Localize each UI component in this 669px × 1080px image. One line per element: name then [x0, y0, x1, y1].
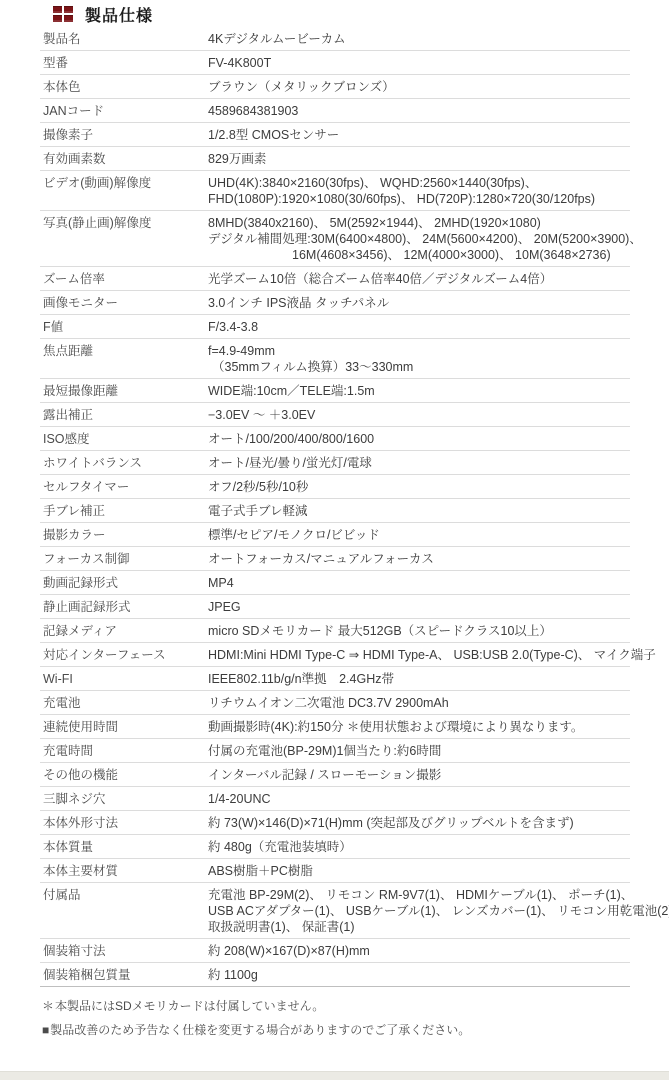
- spec-value: オートフォーカス/マニュアルフォーカス: [208, 551, 630, 567]
- spec-value: 付属の充電池(BP-29M)1個当たり:約6時間: [208, 743, 630, 759]
- spec-value: 8MHD(3840x2160)、 5M(2592×1944)、 2MHD(192…: [208, 215, 642, 263]
- table-row: 製品名 4Kデジタルムービーカム: [40, 27, 630, 51]
- table-row: ホワイトバランス オート/昼光/曇り/蛍光灯/電球: [40, 451, 630, 475]
- spec-value: WIDE端:10cm／TELE端:1.5m: [208, 383, 630, 399]
- table-row: 撮像素子 1/2.8型 CMOSセンサー: [40, 123, 630, 147]
- spec-value: 約 208(W)×167(D)×87(H)mm: [208, 943, 630, 959]
- spec-value-line: 付属の充電池(BP-29M)1個当たり:約6時間: [208, 743, 630, 759]
- footnote-text: 本製品にはSDメモリカードは付属していません。: [55, 999, 324, 1013]
- spec-value: 標準/セピア/モノクロ/ビビッド: [208, 527, 630, 543]
- table-row: 露出補正 −3.0EV ～ ＋3.0EV: [40, 403, 630, 427]
- spec-value-line: 829万画素: [208, 151, 630, 167]
- spec-value-line: F/3.4-3.8: [208, 319, 630, 335]
- spec-value-line: 3.0インチ IPS液晶 タッチパネル: [208, 295, 630, 311]
- spec-label: 対応インターフェース: [40, 647, 208, 663]
- spec-label: 付属品: [40, 887, 208, 903]
- spec-value: ブラウン（メタリックブロンズ）: [208, 79, 630, 95]
- spec-value: 約 480g（充電池装填時）: [208, 839, 630, 855]
- page-title: 製品仕様: [85, 3, 153, 26]
- spec-value-line: 4Kデジタルムービーカム: [208, 31, 630, 47]
- spec-value: HDMI:Mini HDMI Type-C ⇒ HDMI Type-A、 USB…: [208, 647, 656, 663]
- spec-value-line: 8MHD(3840x2160)、 5M(2592×1944)、 2MHD(192…: [208, 215, 642, 231]
- spec-value: 動画撮影時(4K):約150分 ＊使用状態および環境により異なります。: [208, 719, 630, 735]
- spec-value: ABS樹脂＋PC樹脂: [208, 863, 630, 879]
- spec-value-line: f=4.9-49mm: [208, 343, 630, 359]
- spec-label: 充電池: [40, 695, 208, 711]
- spec-value: f=4.9-49mm（35mmフィルム換算）33～330mm: [208, 343, 630, 375]
- table-row: 三脚ネジ穴 1/4-20UNC: [40, 787, 630, 811]
- table-row: 型番 FV-4K800T: [40, 51, 630, 75]
- spec-value-line: 取扱説明書(1)、 保証書(1): [208, 919, 669, 935]
- spec-label: F値: [40, 319, 208, 335]
- spec-label: 有効画素数: [40, 151, 208, 167]
- spec-value-line: 1/2.8型 CMOSセンサー: [208, 127, 630, 143]
- spec-value-line: USB ACアダプター(1)、 USBケーブル(1)、 レンズカバー(1)、 リ…: [208, 903, 669, 919]
- spec-value-line: オート/100/200/400/800/1600: [208, 431, 630, 447]
- spec-label: 画像モニター: [40, 295, 208, 311]
- spec-value: 1/4-20UNC: [208, 791, 630, 807]
- table-row: 有効画素数 829万画素: [40, 147, 630, 171]
- spec-value: FV-4K800T: [208, 55, 630, 71]
- spec-value-line: FV-4K800T: [208, 55, 630, 71]
- spec-label: 本体色: [40, 79, 208, 95]
- spec-value: 電子式手ブレ軽減: [208, 503, 630, 519]
- spec-value-line: −3.0EV ～ ＋3.0EV: [208, 407, 630, 423]
- spec-value: F/3.4-3.8: [208, 319, 630, 335]
- spec-value-line: HDMI:Mini HDMI Type-C ⇒ HDMI Type-A、 USB…: [208, 647, 656, 663]
- spec-label: ズーム倍率: [40, 271, 208, 287]
- footer-band: [0, 1071, 669, 1080]
- table-row: 本体色 ブラウン（メタリックブロンズ）: [40, 75, 630, 99]
- spec-value-line: （35mmフィルム換算）33～330mm: [208, 359, 630, 375]
- spec-value-line: JPEG: [208, 599, 630, 615]
- spec-label: 本体質量: [40, 839, 208, 855]
- spec-label: 動画記録形式: [40, 575, 208, 591]
- spec-value-line: WIDE端:10cm／TELE端:1.5m: [208, 383, 630, 399]
- footnote-text: 製品改善のため予告なく仕様を変更する場合がありますのでご了承ください。: [50, 1023, 470, 1037]
- spec-label: 焦点距離: [40, 343, 208, 359]
- table-row: 写真(静止画)解像度 8MHD(3840x2160)、 5M(2592×1944…: [40, 211, 630, 267]
- grid-squares-icon: [53, 6, 73, 22]
- table-row: フォーカス制御 オートフォーカス/マニュアルフォーカス: [40, 547, 630, 571]
- footnotes: ＊本製品にはSDメモリカードは付属していません。 ■製品改善のため予告なく仕様を…: [40, 999, 630, 1038]
- spec-value: 3.0インチ IPS液晶 タッチパネル: [208, 295, 630, 311]
- spec-value: インターバル記録 / スローモーション撮影: [208, 767, 630, 783]
- spec-value-line: 約 480g（充電池装填時）: [208, 839, 630, 855]
- spec-value: JPEG: [208, 599, 630, 615]
- table-row: JANコード 4589684381903: [40, 99, 630, 123]
- spec-value-line: 約 208(W)×167(D)×87(H)mm: [208, 943, 630, 959]
- spec-value-line: リチウムイオン二次電池 DC3.7V 2900mAh: [208, 695, 630, 711]
- product-spec-page: 製品仕様 製品名 4Kデジタルムービーカム 型番 FV-4K800T 本体色 ブ…: [0, 0, 669, 1080]
- footnote-item: ＊本製品にはSDメモリカードは付属していません。: [40, 999, 630, 1014]
- spec-value-line: ブラウン（メタリックブロンズ）: [208, 79, 630, 95]
- table-row: 記録メディア micro SDメモリカード 最大512GB（スピードクラス10以…: [40, 619, 630, 643]
- spec-label: ISO感度: [40, 431, 208, 447]
- spec-value-line: 電子式手ブレ軽減: [208, 503, 630, 519]
- table-row: 静止画記録形式 JPEG: [40, 595, 630, 619]
- spec-label: 連続使用時間: [40, 719, 208, 735]
- spec-label: 露出補正: [40, 407, 208, 423]
- table-row: 手ブレ補正 電子式手ブレ軽減: [40, 499, 630, 523]
- table-row: 本体主要材質 ABS樹脂＋PC樹脂: [40, 859, 630, 883]
- spec-value: 光学ズーム10倍（総合ズーム倍率40倍／デジタルズーム4倍）: [208, 271, 630, 287]
- spec-value-line: micro SDメモリカード 最大512GB（スピードクラス10以上）: [208, 623, 630, 639]
- spec-value: MP4: [208, 575, 630, 591]
- footnote-marker: ■: [42, 1023, 49, 1037]
- spec-label: 型番: [40, 55, 208, 71]
- spec-value: オフ/2秒/5秒/10秒: [208, 479, 630, 495]
- section-header: 製品仕様: [40, 3, 630, 25]
- spec-value-line: ABS樹脂＋PC樹脂: [208, 863, 630, 879]
- spec-value: IEEE802.11b/g/n準拠 2.4GHz帯: [208, 671, 630, 687]
- spec-value-line: 約 73(W)×146(D)×71(H)mm (突起部及びグリップベルトを含まず…: [208, 815, 630, 831]
- table-row: 最短撮像距離 WIDE端:10cm／TELE端:1.5m: [40, 379, 630, 403]
- table-row: 撮影カラー 標準/セピア/モノクロ/ビビッド: [40, 523, 630, 547]
- spec-value: 約 1100g: [208, 967, 630, 983]
- spec-label: 写真(静止画)解像度: [40, 215, 208, 231]
- spec-label: フォーカス制御: [40, 551, 208, 567]
- table-row: 動画記録形式 MP4: [40, 571, 630, 595]
- spec-label: セルフタイマー: [40, 479, 208, 495]
- spec-value-line: デジタル補間処理:30M(6400×4800)、 24M(5600×4200)、…: [208, 231, 642, 247]
- spec-value-line: インターバル記録 / スローモーション撮影: [208, 767, 630, 783]
- spec-value-line: 動画撮影時(4K):約150分 ＊使用状態および環境により異なります。: [208, 719, 630, 735]
- spec-label: 個装箱寸法: [40, 943, 208, 959]
- spec-value-line: IEEE802.11b/g/n準拠 2.4GHz帯: [208, 671, 630, 687]
- spec-value-line: 充電池 BP-29M(2)、 リモコン RM-9V7(1)、 HDMIケーブル(…: [208, 887, 669, 903]
- table-row: 画像モニター 3.0インチ IPS液晶 タッチパネル: [40, 291, 630, 315]
- spec-label: 静止画記録形式: [40, 599, 208, 615]
- spec-value-line: 4589684381903: [208, 103, 630, 119]
- spec-label: 本体主要材質: [40, 863, 208, 879]
- spec-value-line: オート/昼光/曇り/蛍光灯/電球: [208, 455, 630, 471]
- table-row: ISO感度 オート/100/200/400/800/1600: [40, 427, 630, 451]
- spec-value: オート/100/200/400/800/1600: [208, 431, 630, 447]
- spec-value-line: オートフォーカス/マニュアルフォーカス: [208, 551, 630, 567]
- spec-value-line: UHD(4K):3840×2160(30fps)、 WQHD:2560×1440…: [208, 175, 630, 191]
- spec-value: リチウムイオン二次電池 DC3.7V 2900mAh: [208, 695, 630, 711]
- spec-label: 充電時間: [40, 743, 208, 759]
- spec-label: 三脚ネジ穴: [40, 791, 208, 807]
- spec-value-line: 標準/セピア/モノクロ/ビビッド: [208, 527, 630, 543]
- table-row: ビデオ(動画)解像度 UHD(4K):3840×2160(30fps)、 WQH…: [40, 171, 630, 211]
- spec-value: 1/2.8型 CMOSセンサー: [208, 127, 630, 143]
- table-row: 充電時間 付属の充電池(BP-29M)1個当たり:約6時間: [40, 739, 630, 763]
- spec-value: 約 73(W)×146(D)×71(H)mm (突起部及びグリップベルトを含まず…: [208, 815, 630, 831]
- spec-value-line: 光学ズーム10倍（総合ズーム倍率40倍／デジタルズーム4倍）: [208, 271, 630, 287]
- spec-value-line: 16M(4608×3456)、 12M(4000×3000)、 10M(3648…: [208, 247, 642, 263]
- spec-label: ホワイトバランス: [40, 455, 208, 471]
- spec-label: Wi-FI: [40, 671, 208, 687]
- spec-value: 充電池 BP-29M(2)、 リモコン RM-9V7(1)、 HDMIケーブル(…: [208, 887, 669, 935]
- spec-label: 手ブレ補正: [40, 503, 208, 519]
- table-row: 充電池 リチウムイオン二次電池 DC3.7V 2900mAh: [40, 691, 630, 715]
- spec-label: 撮影カラー: [40, 527, 208, 543]
- spec-value: オート/昼光/曇り/蛍光灯/電球: [208, 455, 630, 471]
- spec-label: その他の機能: [40, 767, 208, 783]
- spec-label: 最短撮像距離: [40, 383, 208, 399]
- table-row: ズーム倍率 光学ズーム10倍（総合ズーム倍率40倍／デジタルズーム4倍）: [40, 267, 630, 291]
- table-row: Wi-FI IEEE802.11b/g/n準拠 2.4GHz帯: [40, 667, 630, 691]
- table-row: F値 F/3.4-3.8: [40, 315, 630, 339]
- spec-table: 製品名 4Kデジタルムービーカム 型番 FV-4K800T 本体色 ブラウン（メ…: [40, 27, 630, 987]
- footnote-item: ■製品改善のため予告なく仕様を変更する場合がありますのでご了承ください。: [40, 1023, 630, 1038]
- spec-value-line: オフ/2秒/5秒/10秒: [208, 479, 630, 495]
- spec-label: 記録メディア: [40, 623, 208, 639]
- spec-label: JANコード: [40, 103, 208, 119]
- spec-value-line: 約 1100g: [208, 967, 630, 983]
- table-row: その他の機能 インターバル記録 / スローモーション撮影: [40, 763, 630, 787]
- table-row: 付属品 充電池 BP-29M(2)、 リモコン RM-9V7(1)、 HDMIケ…: [40, 883, 630, 939]
- table-row: 焦点距離 f=4.9-49mm（35mmフィルム換算）33～330mm: [40, 339, 630, 379]
- spec-value-line: MP4: [208, 575, 630, 591]
- spec-value: 829万画素: [208, 151, 630, 167]
- spec-value-line: FHD(1080P):1920×1080(30/60fps)、 HD(720P)…: [208, 191, 630, 207]
- table-row: 本体外形寸法 約 73(W)×146(D)×71(H)mm (突起部及びグリップ…: [40, 811, 630, 835]
- spec-label: 製品名: [40, 31, 208, 47]
- spec-value: UHD(4K):3840×2160(30fps)、 WQHD:2560×1440…: [208, 175, 630, 207]
- table-row: 対応インターフェース HDMI:Mini HDMI Type-C ⇒ HDMI …: [40, 643, 630, 667]
- spec-label: 本体外形寸法: [40, 815, 208, 831]
- spec-label: 個装箱梱包質量: [40, 967, 208, 983]
- table-row: 連続使用時間 動画撮影時(4K):約150分 ＊使用状態および環境により異なりま…: [40, 715, 630, 739]
- spec-value-line: 1/4-20UNC: [208, 791, 630, 807]
- table-row: 本体質量 約 480g（充電池装填時）: [40, 835, 630, 859]
- table-row: セルフタイマー オフ/2秒/5秒/10秒: [40, 475, 630, 499]
- spec-value: 4Kデジタルムービーカム: [208, 31, 630, 47]
- footnote-marker: ＊: [42, 999, 54, 1013]
- spec-value: micro SDメモリカード 最大512GB（スピードクラス10以上）: [208, 623, 630, 639]
- spec-value: −3.0EV ～ ＋3.0EV: [208, 407, 630, 423]
- table-row: 個装箱梱包質量 約 1100g: [40, 963, 630, 987]
- spec-label: 撮像素子: [40, 127, 208, 143]
- spec-value: 4589684381903: [208, 103, 630, 119]
- table-row: 個装箱寸法 約 208(W)×167(D)×87(H)mm: [40, 939, 630, 963]
- spec-label: ビデオ(動画)解像度: [40, 175, 208, 191]
